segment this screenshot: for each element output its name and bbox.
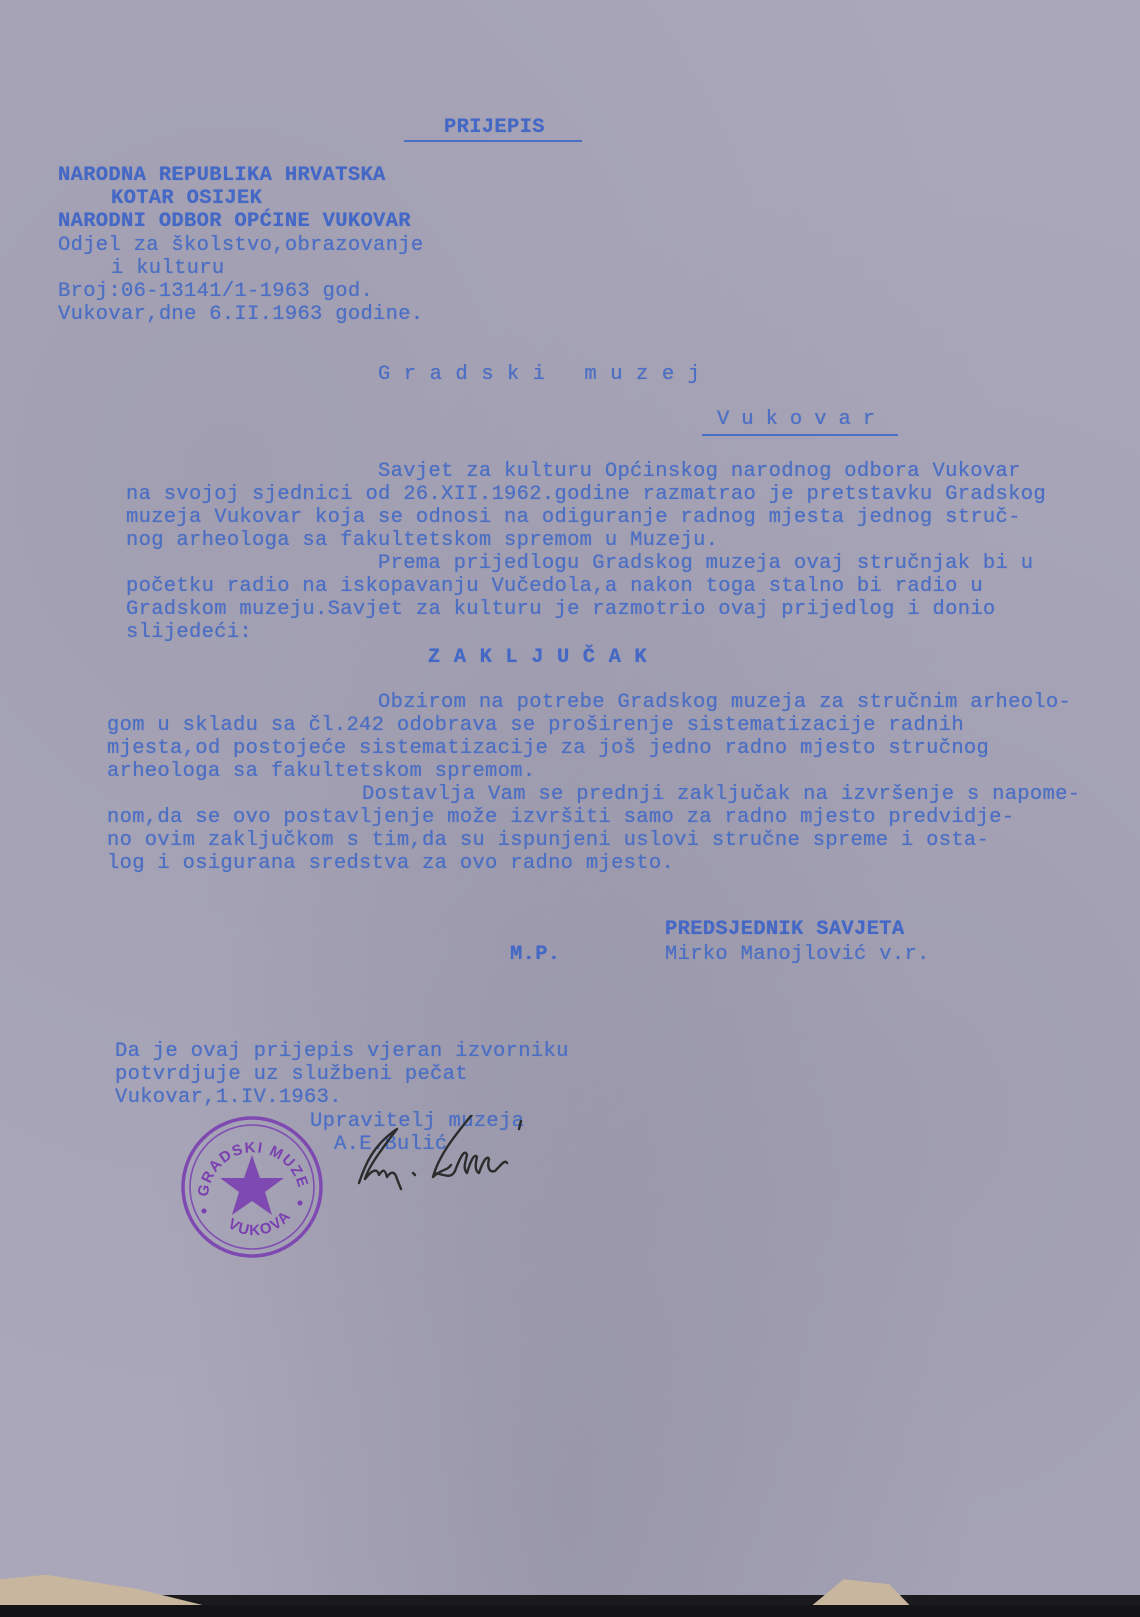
handwritten-signature-icon [355, 1115, 535, 1195]
recipient-city: Vukovar [717, 408, 887, 431]
certification-date: Vukovar,1.IV.1963. [115, 1086, 342, 1109]
body-p1-line3: muzeja Vukovar koja se odnosi na odigura… [126, 506, 1021, 529]
document-title: PRIJEPIS [444, 116, 545, 139]
certification-line2: potvrdjuje uz službeni pečat [115, 1063, 468, 1086]
header-department-cont: i kulturu [111, 257, 224, 280]
body-p2-line1: Prema prijedlogu Gradskog muzeja ovaj st… [378, 552, 1033, 575]
body-p3-line2: gom u skladu sa čl.242 odobrava se proši… [107, 714, 964, 737]
document-date: Vukovar,dne 6.II.1963 godine. [58, 303, 423, 326]
body-p3-line3: mjesta,od postojeće sistematizacije za j… [107, 737, 989, 760]
body-p4-line3: no ovim zaključkom s tim,da su ispunjeni… [107, 829, 989, 852]
stamp-bottom-text: VUKOVAR [180, 1115, 295, 1239]
title-underline [404, 140, 582, 142]
body-p2-line4: slijedeći: [126, 621, 252, 644]
body-p3-line1: Obzirom na potrebe Gradskog muzeja za st… [378, 691, 1071, 714]
header-republic: NARODNA REPUBLIKA HRVATSKA [58, 164, 386, 187]
body-p1-line2: na svojoj sjednici od 26.XII.1962.godine… [126, 483, 1046, 506]
official-stamp-icon: GRADSKI MUZEJ VUKOVAR [180, 1115, 325, 1260]
reference-number: Broj:06-13141/1-1963 god. [58, 280, 373, 303]
body-p2-line3: Gradskom muzeju.Savjet za kulturu je raz… [126, 598, 996, 621]
conclusion-heading: ZAKLJUČAK [428, 646, 660, 669]
svg-text:VUKOVAR: VUKOVAR [180, 1115, 295, 1239]
body-p1-line4: nog arheologa sa fakultetskom spremom u … [126, 529, 718, 552]
body-p4-line1: Dostavlja Vam se prednji zaključak na iz… [362, 783, 1080, 806]
body-p2-line2: početku radio na iskopavanju Vučedola,a … [126, 575, 983, 598]
seal-mark: M.P. [510, 943, 560, 966]
body-p3-line4: arheologa sa fakultetskom spremom. [107, 760, 535, 783]
body-p4-line2: nom,da se ovo postavljenje može izvršiti… [107, 806, 1014, 829]
header-district: KOTAR OSIJEK [111, 187, 262, 210]
scan-edge [0, 1605, 1140, 1617]
body-p4-line4: log i osigurana sredstva za ovo radno mj… [107, 852, 674, 875]
recipient-name: Gradski muzej [378, 363, 713, 386]
header-department: Odjel za školstvo,obrazovanje [58, 234, 423, 257]
signatory-title: PREDSJEDNIK SAVJETA [665, 918, 904, 941]
recipient-underline [702, 434, 898, 436]
header-committee: NARODNI ODBOR OPĆINE VUKOVAR [58, 210, 411, 233]
certification-line1: Da je ovaj prijepis vjeran izvorniku [115, 1040, 569, 1063]
signatory-name: Mirko Manojlović v.r. [665, 943, 930, 966]
body-p1-line1: Savjet za kulturu Općinskog narodnog odb… [378, 460, 1021, 483]
